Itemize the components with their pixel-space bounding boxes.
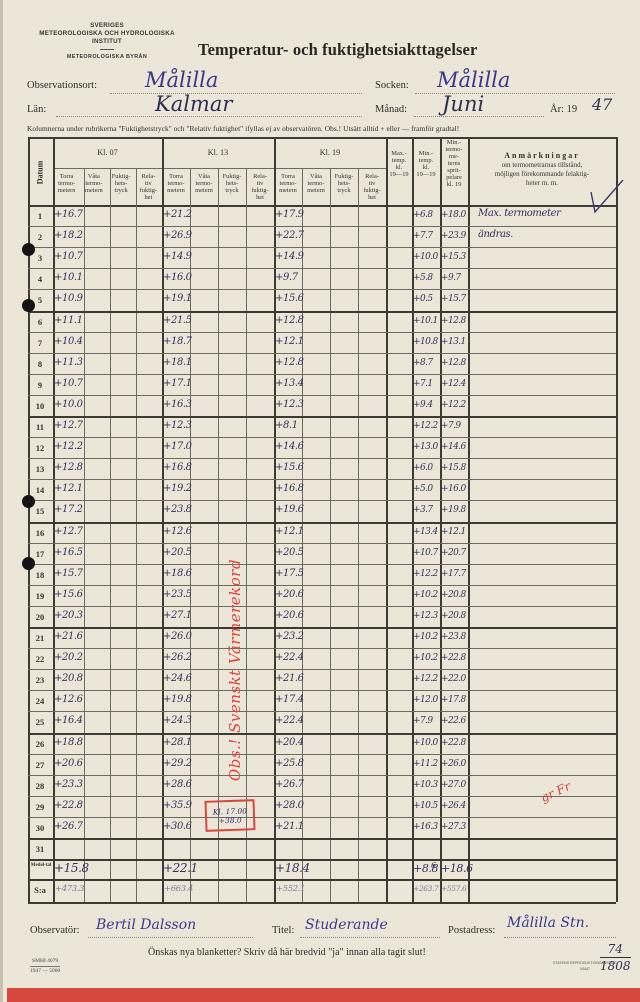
summa-t19: +552.1 — [276, 884, 305, 894]
grid-line — [28, 669, 616, 670]
cell-min-temp[interactable]: +13.0 — [413, 442, 438, 452]
cell-t19[interactable]: +8.1 — [275, 420, 298, 431]
cell-t07[interactable]: +10.4 — [54, 336, 83, 347]
grid-line — [110, 168, 111, 902]
manad-label: Månad: — [375, 104, 407, 115]
subcolumn-header: Våtatermo-metern — [302, 173, 330, 194]
ar-label: År: 19 — [550, 104, 577, 115]
subcolumn-header: Torratermo-metern — [53, 173, 80, 194]
observationsort-value[interactable]: Målilla — [145, 68, 218, 92]
row-day-number: 3 — [30, 253, 50, 263]
observationsort-line — [110, 93, 362, 94]
row-day-number: 14 — [30, 485, 50, 495]
group-header-3: Kl. 19 — [274, 148, 386, 158]
cell-spirit-min[interactable]: +16.0 — [441, 484, 466, 494]
cell-t07[interactable]: +18.8 — [54, 737, 83, 748]
grid-line — [28, 859, 616, 861]
instruction-note: Kolumnerna under rubrikerna "Fuktighetst… — [27, 124, 459, 133]
cell-min-temp[interactable]: +10.1 — [413, 316, 438, 326]
cell-spirit-min[interactable]: +22.8 — [441, 738, 466, 748]
cell-min-temp[interactable]: +10.3 — [413, 780, 438, 790]
cell-t19[interactable]: +20.6 — [275, 610, 304, 621]
cell-min-temp[interactable]: +12.2 — [413, 569, 438, 579]
cell-t07[interactable]: +10.9 — [54, 293, 83, 304]
cell-spirit-min[interactable]: +17.7 — [441, 569, 466, 579]
cell-spirit-min[interactable]: +9.7 — [441, 273, 460, 283]
row-day-number: 19 — [30, 591, 50, 601]
grid-line — [28, 838, 616, 840]
cell-t07[interactable]: +11.3 — [54, 357, 83, 368]
grid-line — [28, 522, 616, 524]
cell-t07[interactable]: +20.2 — [54, 652, 83, 663]
cell-spirit-min[interactable]: +20.8 — [441, 590, 466, 600]
cell-t13[interactable]: +17.1 — [163, 378, 192, 389]
cell-spirit-min[interactable]: +12.1 — [441, 527, 466, 537]
subcolumn-header: Torratermo-metern — [162, 173, 190, 194]
cell-min-temp[interactable]: +10.2 — [413, 653, 438, 663]
cell-t19[interactable]: +20.5 — [275, 547, 304, 558]
grid-line — [28, 564, 616, 565]
cell-t19[interactable]: +15.6 — [275, 462, 304, 473]
cell-t07[interactable]: +10.0 — [54, 399, 83, 410]
cell-spirit-min[interactable]: +20.7 — [441, 548, 466, 558]
bureau-name: METEOROLOGISKA BYRÅN — [22, 53, 192, 61]
row-day-number: 23 — [30, 675, 50, 685]
cell-t19[interactable]: +16.8 — [275, 483, 304, 494]
grid-line — [468, 137, 470, 902]
row-day-number: 4 — [30, 274, 50, 284]
grid-line — [28, 268, 616, 269]
row-day-number: 30 — [30, 823, 50, 833]
cell-spirit-min[interactable]: +17.8 — [441, 695, 466, 705]
cell-spirit-min[interactable]: +22.6 — [441, 716, 466, 726]
binder-hole — [22, 557, 35, 570]
summa-sprit: +557.6 — [441, 884, 466, 893]
cell-t13[interactable]: +23.5 — [163, 589, 192, 600]
cell-t07[interactable]: +12.8 — [54, 462, 83, 473]
cell-min-temp[interactable]: +10.8 — [413, 337, 438, 347]
grid-line — [28, 226, 616, 227]
org-line-2: METEOROLOGISKA OCH HYDROLOGISKA — [22, 30, 192, 38]
medel-sprit: +18.6 — [441, 862, 473, 875]
cell-t07[interactable]: +26.7 — [54, 821, 83, 832]
cell-min-temp[interactable]: +10.7 — [413, 548, 438, 558]
cell-t13[interactable]: +35.9 — [163, 800, 192, 811]
cell-spirit-min[interactable]: +27.0 — [441, 780, 466, 790]
cell-t07[interactable]: +20.3 — [54, 610, 83, 621]
cell-min-temp[interactable]: +11.2 — [413, 759, 438, 769]
postadress-value[interactable]: Målilla Stn. — [507, 915, 589, 931]
row-day-number: 21 — [30, 633, 50, 643]
form-code: SMHI 4079 1947 — 5000 — [30, 958, 60, 975]
medel-t19: +18.4 — [275, 861, 310, 875]
row-day-number: 2 — [30, 232, 50, 242]
socken-value[interactable]: Målilla — [437, 68, 510, 92]
cell-t19[interactable]: +23.2 — [275, 631, 304, 642]
cell-min-temp[interactable]: +5.8 — [413, 273, 432, 283]
cell-t19[interactable]: +12.8 — [275, 357, 304, 368]
observator-value[interactable]: Bertil Dalsson — [96, 917, 196, 933]
grid-line — [28, 137, 616, 139]
cell-min-temp[interactable]: +7.7 — [413, 231, 432, 241]
cell-min-temp[interactable]: +16.3 — [413, 822, 438, 832]
grid-line — [28, 416, 616, 418]
cell-min-temp[interactable]: +8.7 — [413, 358, 432, 368]
row-day-number: 6 — [30, 317, 50, 327]
cell-t13[interactable]: +29.2 — [163, 758, 192, 769]
grid-line — [28, 648, 616, 649]
cell-spirit-min[interactable]: +23.8 — [441, 632, 466, 642]
row-day-number: 17 — [30, 549, 50, 559]
summa-min: +263.7 — [413, 884, 438, 893]
cell-t07[interactable]: +17.2 — [54, 504, 83, 515]
row-day-number: 18 — [30, 570, 50, 580]
row-day-number: 31 — [30, 844, 50, 854]
red-stripe — [7, 988, 640, 1002]
cell-t07[interactable]: +11.1 — [54, 315, 83, 326]
cell-min-temp[interactable]: +12.2 — [413, 674, 438, 684]
red-box-annotation: Kl. 17.00 +38.0 — [204, 799, 255, 832]
cell-t19[interactable]: +17.4 — [275, 694, 304, 705]
grid-line — [28, 500, 616, 501]
cell-spirit-min[interactable]: +23.9 — [441, 231, 466, 241]
cell-t19[interactable]: +28.0 — [275, 800, 304, 811]
cell-t19[interactable]: +22.4 — [275, 715, 304, 726]
max-temp-header: Max.-temp.kl.19—19 — [386, 150, 412, 178]
form-title: Temperatur- och fuktighetsiakttagelser — [198, 40, 477, 60]
row-day-number: 12 — [30, 443, 50, 453]
grid-line — [28, 205, 616, 207]
min-temp-header: Min.-temp.kl.19—19 — [412, 150, 440, 178]
cell-min-temp[interactable]: +7.1 — [413, 379, 432, 389]
cell-t07[interactable]: +10.7 — [54, 378, 83, 389]
row-day-number: 26 — [30, 739, 50, 749]
observator-label: Observatör: — [30, 925, 80, 936]
cell-t13[interactable]: +23.8 — [163, 504, 192, 515]
cell-t07[interactable]: +20.6 — [54, 758, 83, 769]
observation-form-page: SVERIGES METEOROLOGISKA OCH HYDROLOGISKA… — [0, 0, 640, 1002]
cell-t07[interactable]: +10.1 — [54, 272, 83, 283]
cell-min-temp[interactable]: +0.5 — [413, 294, 432, 304]
titel-label: Titel: — [272, 925, 294, 936]
cell-t19[interactable]: +22.7 — [275, 230, 304, 241]
row-day-number: 16 — [30, 528, 50, 538]
org-line-3: INSTITUT — [22, 38, 192, 46]
cell-t13[interactable]: +19.1 — [163, 293, 192, 304]
cell-t07[interactable]: +16.7 — [54, 209, 83, 220]
subcolumn-header: Rela-tivfuktig-het — [246, 173, 274, 201]
cell-spirit-min[interactable]: +20.8 — [441, 611, 466, 621]
cell-t07[interactable]: +12.6 — [54, 694, 83, 705]
row-day-number: 22 — [30, 654, 50, 664]
manad-value[interactable]: Juni — [442, 92, 484, 116]
grid-line — [28, 690, 616, 691]
cell-t19[interactable]: +9.7 — [275, 272, 298, 283]
grid-line — [28, 395, 616, 396]
cell-spirit-min[interactable]: +15.7 — [441, 294, 466, 304]
row-day-number: 29 — [30, 802, 50, 812]
grid-line — [28, 332, 616, 333]
grid-line — [28, 627, 616, 629]
cell-t07[interactable]: +15.6 — [54, 589, 83, 600]
summa-label: S:a — [30, 885, 50, 895]
cell-min-temp[interactable]: +12.0 — [413, 695, 438, 705]
cell-min-temp[interactable]: +7.9 — [413, 716, 432, 726]
row-day-number: 1 — [30, 211, 50, 221]
observation-table — [28, 137, 616, 889]
cell-spirit-min[interactable]: +7.9 — [441, 421, 460, 431]
cell-t07[interactable]: +12.2 — [54, 441, 83, 452]
cell-t13[interactable]: +30.6 — [163, 821, 192, 832]
grid-line — [28, 353, 616, 354]
row-day-number: 9 — [30, 380, 50, 390]
cell-t07[interactable]: +20.8 — [54, 673, 83, 684]
cell-t07[interactable]: +16.5 — [54, 547, 83, 558]
group-header-1: Kl. 07 — [53, 148, 162, 158]
cell-t13[interactable]: +28.6 — [163, 779, 192, 790]
cell-spirit-min[interactable]: +27.3 — [441, 822, 466, 832]
lan-label: Län: — [27, 104, 46, 115]
cell-t13[interactable]: +16.0 — [163, 272, 192, 283]
row-day-number: 20 — [30, 612, 50, 622]
cell-spirit-min[interactable]: +26.4 — [441, 801, 466, 811]
titel-value[interactable]: Studerande — [305, 917, 388, 933]
cell-t13[interactable]: +16.8 — [163, 462, 192, 473]
grid-line — [28, 437, 616, 438]
cell-t13[interactable]: +26.2 — [163, 652, 192, 663]
cell-min-temp[interactable]: +10.2 — [413, 632, 438, 642]
cell-spirit-min[interactable]: +18.0 — [441, 210, 466, 220]
cell-min-temp[interactable]: +12.3 — [413, 611, 438, 621]
subcolumn-header: Fuktig-hets-tryck — [108, 173, 135, 194]
cell-t19[interactable]: +14.9 — [275, 251, 304, 262]
grid-line — [330, 168, 331, 902]
cell-spirit-min[interactable]: +12.8 — [441, 358, 466, 368]
archive-number: 74 1808 — [600, 942, 631, 973]
cell-min-temp[interactable]: +10.5 — [413, 801, 438, 811]
cell-t19[interactable]: +17.5 — [275, 568, 304, 579]
cell-t19[interactable]: +26.7 — [275, 779, 304, 790]
cell-t13[interactable]: +26.0 — [163, 631, 192, 642]
row-day-number: 11 — [30, 422, 50, 432]
checkmark-icon — [587, 180, 627, 220]
group-header-2: Kl. 13 — [162, 148, 274, 158]
cell-t07[interactable]: +16.4 — [54, 715, 83, 726]
cell-min-temp[interactable]: +6.0 — [413, 463, 432, 473]
red-box-value: +38.0 — [219, 815, 242, 825]
cell-t13[interactable]: +19.2 — [163, 483, 192, 494]
grid-line — [386, 137, 388, 902]
grid-line — [28, 902, 616, 904]
manad-line — [414, 116, 544, 117]
grid-line — [28, 775, 616, 776]
grid-line — [28, 879, 616, 881]
grid-line — [28, 311, 616, 313]
medel-correction: 6 — [431, 861, 436, 870]
cell-spirit-min[interactable]: +26.0 — [441, 759, 466, 769]
cell-spirit-min[interactable]: +15.3 — [441, 252, 466, 262]
cell-t13[interactable]: +19.8 — [163, 694, 192, 705]
cell-t13[interactable]: +14.9 — [163, 251, 192, 262]
grid-line — [28, 543, 616, 544]
cell-min-temp[interactable]: +10.2 — [413, 590, 438, 600]
cell-t19[interactable]: +25.8 — [275, 758, 304, 769]
cell-t13[interactable]: +12.3 — [163, 420, 192, 431]
cell-min-temp[interactable]: +5.0 — [413, 484, 432, 494]
grid-line — [358, 168, 359, 902]
subcolumn-header: Rela-tivfuktig-het — [358, 173, 386, 201]
cell-t19[interactable]: +13.4 — [275, 378, 304, 389]
subcolumn-header: Fuktig-hets-tryck — [330, 173, 358, 194]
cell-spirit-min[interactable]: +19.8 — [441, 505, 466, 515]
cell-t13[interactable]: +16.3 — [163, 399, 192, 410]
grid-line — [28, 733, 616, 735]
cell-t13[interactable]: +21.5 — [163, 315, 192, 326]
grid-line — [28, 754, 616, 755]
cell-t13[interactable]: +18.1 — [163, 357, 192, 368]
cell-t07[interactable]: +22.8 — [54, 800, 83, 811]
cell-t07[interactable]: +12.7 — [54, 526, 83, 537]
cell-min-temp[interactable]: +12.2 — [413, 421, 438, 431]
new-forms-question: Önskas nya blanketter? Skriv då här bred… — [148, 947, 426, 958]
cell-t13[interactable]: +24.3 — [163, 715, 192, 726]
datum-header: Datum — [30, 148, 50, 196]
grid-line — [616, 137, 618, 902]
cell-spirit-min[interactable]: +22.0 — [441, 674, 466, 684]
cell-min-temp[interactable]: +6.8 — [413, 210, 432, 220]
cell-t19[interactable]: +14.6 — [275, 441, 304, 452]
organization-block: SVERIGES METEOROLOGISKA OCH HYDROLOGISKA… — [22, 22, 192, 61]
binder-hole — [22, 299, 35, 312]
cell-spirit-min[interactable]: +14.6 — [441, 442, 466, 452]
cell-spirit-min[interactable]: +12.4 — [441, 379, 466, 389]
binder-hole — [22, 495, 35, 508]
grid-line — [28, 711, 616, 712]
cell-t13[interactable]: +24.6 — [163, 673, 192, 684]
cell-spirit-min[interactable]: +15.8 — [441, 463, 466, 473]
cell-t19[interactable]: +12.1 — [275, 526, 304, 537]
lan-line — [56, 116, 362, 117]
grid-line — [136, 168, 137, 902]
cell-min-temp[interactable]: +9.4 — [413, 400, 432, 410]
cell-t13[interactable]: +27.1 — [163, 610, 192, 621]
org-divider — [100, 49, 114, 50]
socken-label: Socken: — [375, 80, 409, 91]
cell-t07[interactable]: +12.1 — [54, 483, 83, 494]
cell-t19[interactable]: +21.1 — [275, 821, 304, 832]
binder-hole — [22, 243, 35, 256]
grid-line — [28, 796, 616, 797]
row-day-number: 15 — [30, 506, 50, 516]
medel-t07: +15.8 — [54, 861, 89, 875]
spirit-column-header: Min.-termo-me-ternssprit-pelarekl. 19 — [440, 139, 468, 188]
cell-min-temp[interactable]: +3.7 — [413, 505, 432, 515]
grid-line — [28, 585, 616, 586]
org-line-1: SVERIGES — [22, 22, 192, 30]
cell-t13[interactable]: +17.0 — [163, 441, 192, 452]
cell-spirit-min[interactable]: +22.8 — [441, 653, 466, 663]
cell-t13[interactable]: +18.6 — [163, 568, 192, 579]
titel-line — [300, 937, 440, 938]
subcolumn-header: Våtatermo-metern — [190, 173, 218, 194]
red-annotation-record: Obs.! Svenskt Värmerekord — [215, 520, 255, 820]
medeltal-label: Medel-tal — [30, 863, 52, 869]
postadress-label: Postadress: — [448, 925, 495, 936]
observationsort-label: Observationsort: — [27, 80, 97, 91]
cell-t07[interactable]: +21.6 — [54, 631, 83, 642]
grid-line — [28, 374, 616, 375]
row-day-number: 25 — [30, 717, 50, 727]
row-day-number: 24 — [30, 696, 50, 706]
cell-t13[interactable]: +12.6 — [163, 526, 192, 537]
cell-t19[interactable]: +12.8 — [275, 315, 304, 326]
subcolumn-header: Fuktig-hets-tryck — [218, 173, 246, 194]
cell-min-temp[interactable]: +13.4 — [413, 527, 438, 537]
cell-remark[interactable]: ändras. — [478, 229, 513, 240]
medel-t13: +22.1 — [163, 861, 198, 875]
cell-t07[interactable]: +15.7 — [54, 568, 83, 579]
row-day-number: 8 — [30, 359, 50, 369]
row-day-number: 7 — [30, 338, 50, 348]
cell-t19[interactable]: +15.6 — [275, 293, 304, 304]
cell-t13[interactable]: +26.9 — [163, 230, 192, 241]
observator-line — [88, 937, 253, 938]
cell-remark[interactable]: Max. termometer — [478, 208, 561, 219]
ar-value[interactable]: 47 — [592, 95, 612, 114]
row-day-number: 13 — [30, 464, 50, 474]
cell-t13[interactable]: +21.2 — [163, 209, 192, 220]
summa-t13: +663.4 — [164, 884, 193, 894]
cell-t19[interactable]: +20.6 — [275, 589, 304, 600]
grid-line — [53, 168, 386, 169]
summa-t07: +473.3 — [55, 884, 84, 894]
postadress-line — [504, 937, 616, 938]
row-day-number: 28 — [30, 781, 50, 791]
subcolumn-header: Våtatermo-metern — [80, 173, 107, 194]
cell-t13[interactable]: +20.5 — [163, 547, 192, 558]
grid-line — [28, 606, 616, 607]
cell-min-temp[interactable]: +10.0 — [413, 252, 438, 262]
cell-t07[interactable]: +18.2 — [54, 230, 83, 241]
grid-line — [84, 168, 85, 902]
grid-line — [28, 817, 616, 818]
cell-t19[interactable]: +12.3 — [275, 399, 304, 410]
subcolumn-header: Torratermo-metern — [274, 173, 302, 194]
subcolumn-header: Rela-tivfuktig-het — [135, 173, 162, 201]
cell-t13[interactable]: +28.1 — [163, 737, 192, 748]
cell-t19[interactable]: +20.4 — [275, 737, 304, 748]
cell-t19[interactable]: +21.6 — [275, 673, 304, 684]
cell-t19[interactable]: +22.4 — [275, 652, 304, 663]
cell-t07[interactable]: +12.7 — [54, 420, 83, 431]
lan-value[interactable]: Kalmar — [155, 92, 232, 116]
cell-spirit-min[interactable]: +12.8 — [441, 316, 466, 326]
page-edge — [0, 0, 3, 1002]
cell-t19[interactable]: +12.1 — [275, 336, 304, 347]
cell-t19[interactable]: +17.9 — [275, 209, 304, 220]
cell-t13[interactable]: +18.7 — [163, 336, 192, 347]
cell-min-temp[interactable]: +10.0 — [413, 738, 438, 748]
cell-t07[interactable]: +10.7 — [54, 251, 83, 262]
cell-spirit-min[interactable]: +13.1 — [441, 337, 466, 347]
grid-line — [28, 458, 616, 459]
cell-spirit-min[interactable]: +12.2 — [441, 400, 466, 410]
row-day-number: 27 — [30, 760, 50, 770]
cell-t19[interactable]: +19.6 — [275, 504, 304, 515]
grid-line — [28, 479, 616, 480]
cell-t07[interactable]: +23.3 — [54, 779, 83, 790]
grid-line — [28, 247, 616, 248]
